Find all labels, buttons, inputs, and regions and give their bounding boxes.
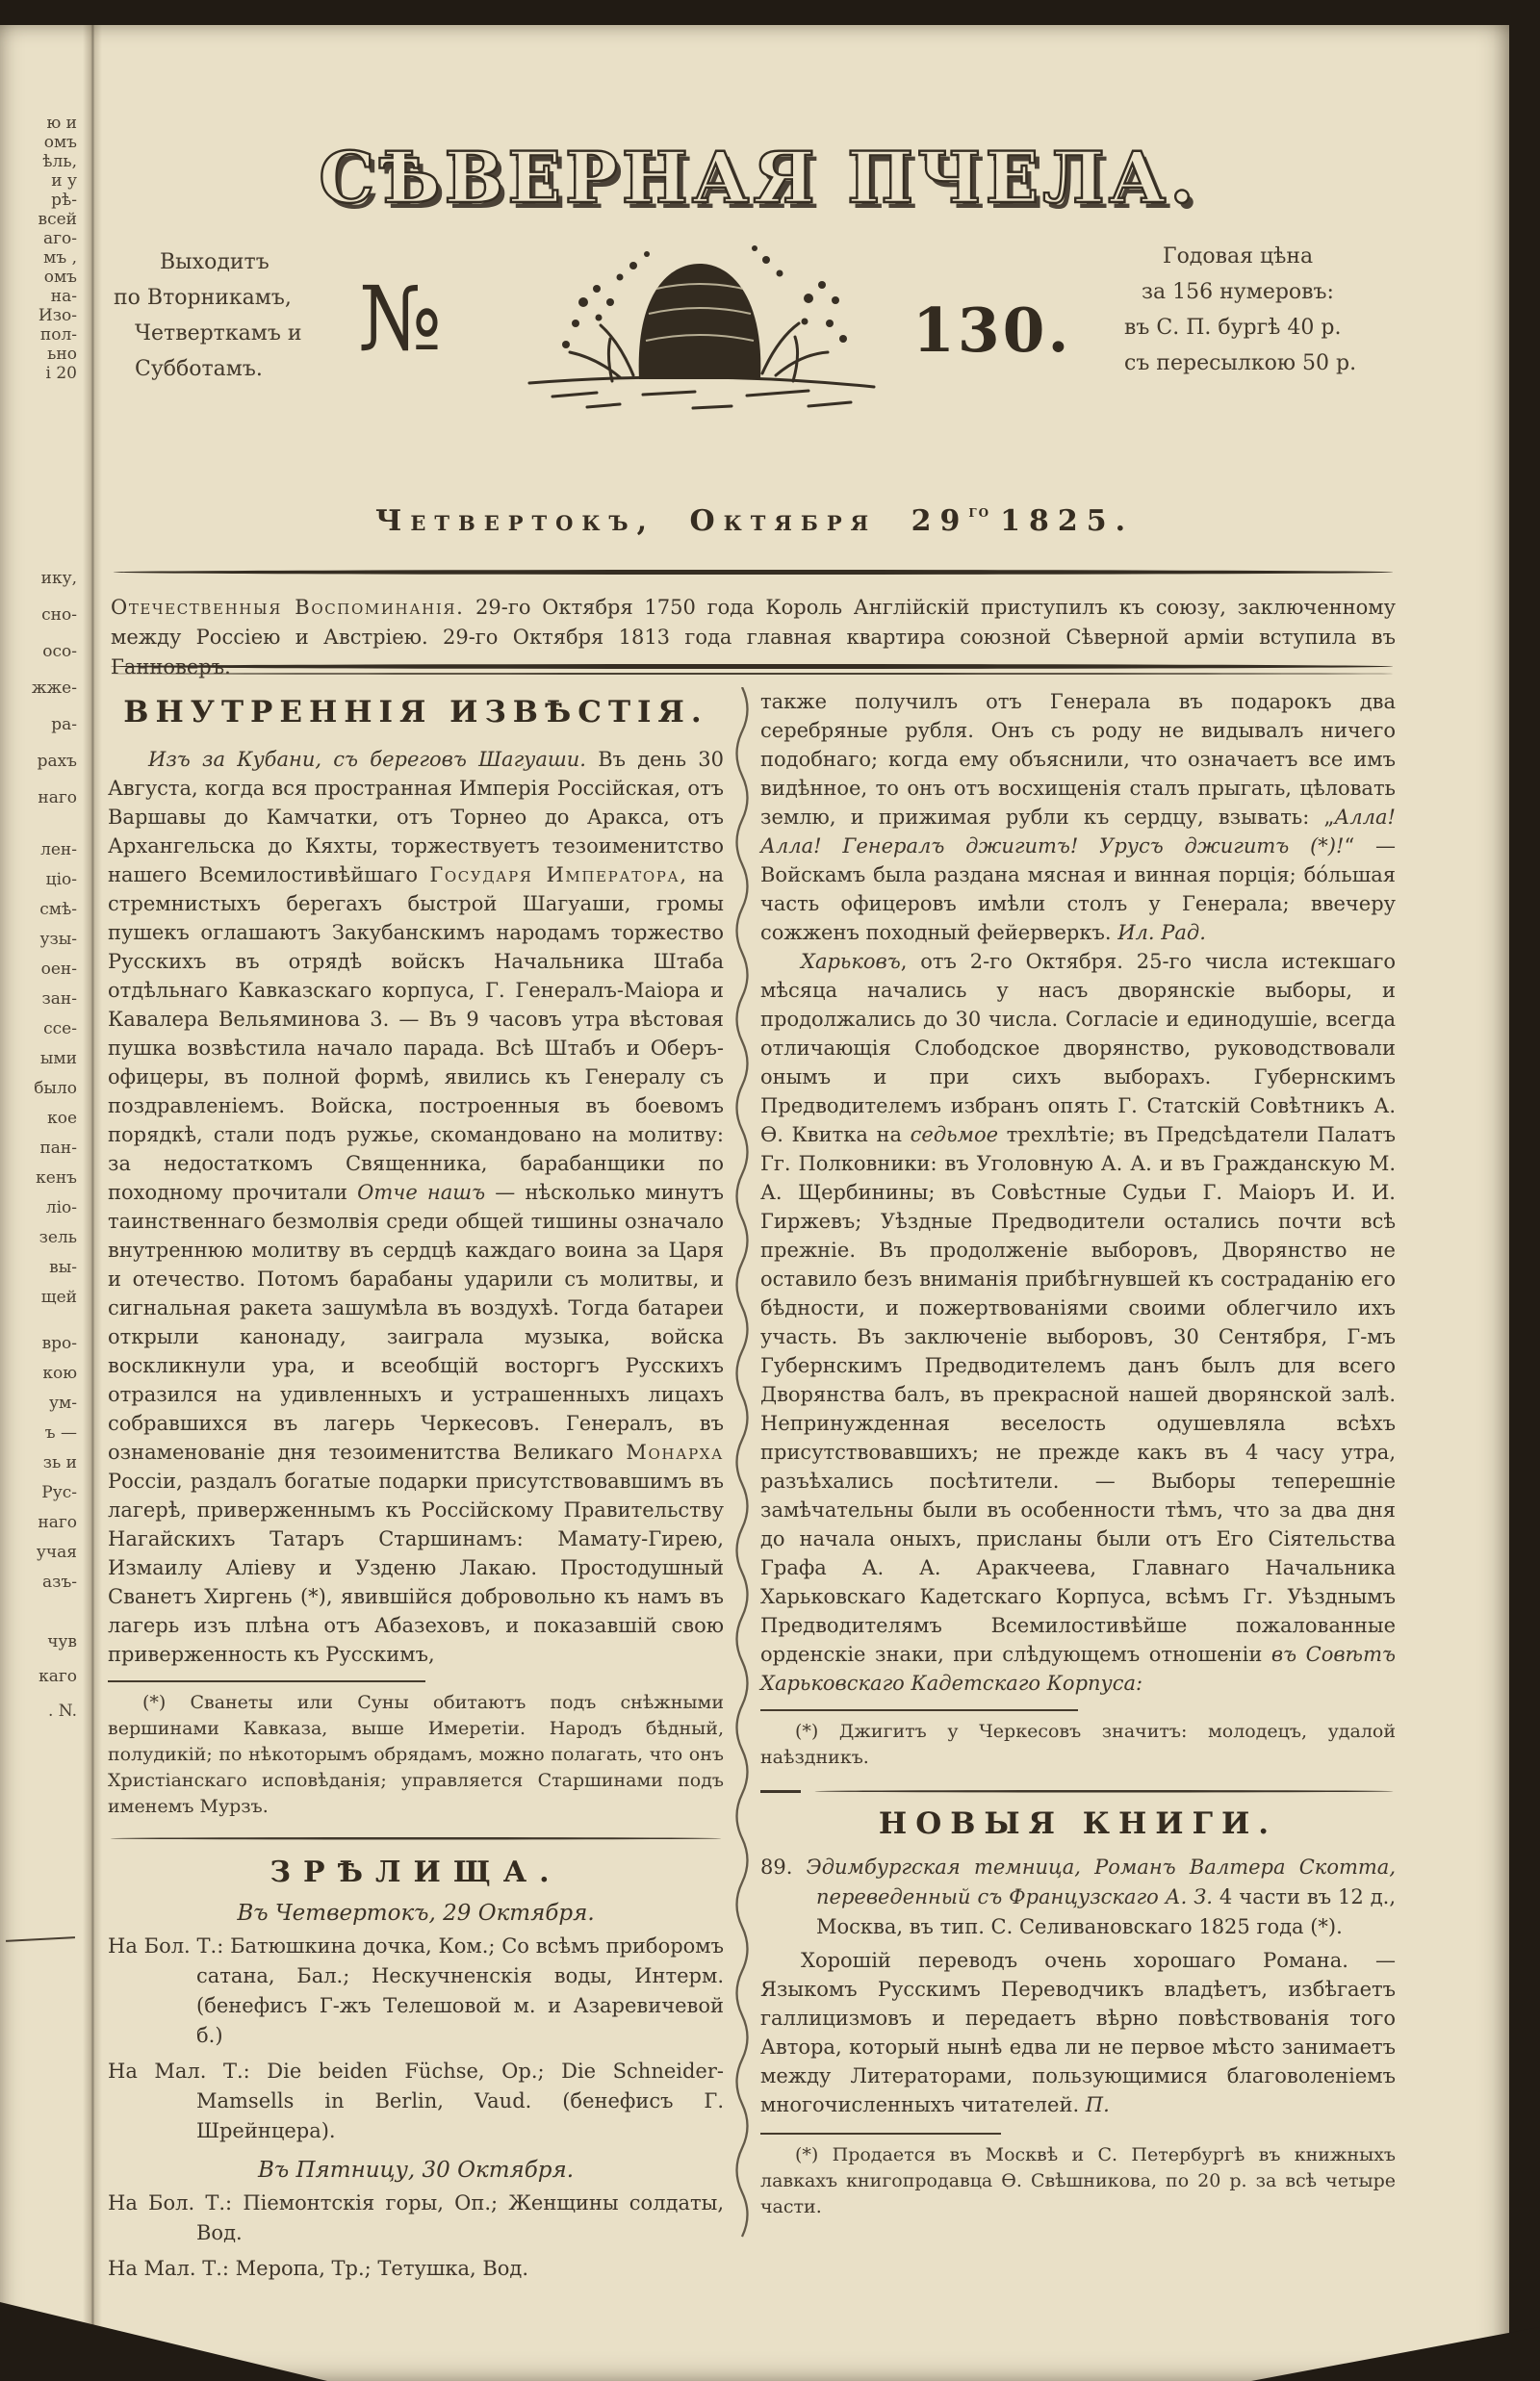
listing-bolshoi-friday: На Бол. Т.: Піемонтскія горы, Оп.; Женщи… bbox=[108, 2189, 724, 2248]
edge-fragment-group: чувкаго. N. bbox=[0, 1625, 77, 1728]
column-left: ВНУТРЕННІЯ ИЗВѢСТІЯ. Изъ за Кубани, съ б… bbox=[108, 687, 724, 2304]
article-kharkov: Харьковъ, отъ 2-го Октября. 25-го числа … bbox=[760, 947, 1396, 1698]
text-line: ьно bbox=[0, 345, 77, 364]
edge-fragment-group: лен-ціо-смѣ-узы-оен-зан-ссе-ымибылокоепа… bbox=[0, 835, 77, 1598]
text-line: вро- bbox=[0, 1329, 77, 1359]
text-line: на- bbox=[0, 287, 77, 306]
text-line: смѣ- bbox=[0, 895, 77, 925]
text-line: Изо- bbox=[0, 306, 77, 325]
book-entry-89: 89. Эдимбургская темница, Романъ Валтера… bbox=[760, 1853, 1396, 1942]
text-line: зь и bbox=[0, 1448, 77, 1478]
dateline-year: 1825. bbox=[1000, 504, 1134, 538]
text-line: въ С. П. бургѣ 40 р. bbox=[1124, 310, 1413, 346]
beehive-dome bbox=[639, 264, 761, 379]
numero-sign: № bbox=[358, 268, 442, 371]
text-line: омъ bbox=[0, 268, 77, 287]
text-line: чув bbox=[0, 1625, 77, 1659]
text-line: лен- bbox=[0, 835, 77, 865]
footnote-dzhigit: (*) Джигитъ у Черкесовъ значитъ: молодец… bbox=[760, 1719, 1396, 1771]
text-line bbox=[0, 1313, 77, 1329]
text-line: ыми bbox=[0, 1044, 77, 1074]
text-run: Изъ за Кубани, съ береговъ Шагуаши. bbox=[148, 748, 586, 771]
columns: ВНУТРЕННІЯ ИЗВѢСТІЯ. Изъ за Кубани, съ б… bbox=[108, 687, 1396, 2304]
book-review: Хорошій переводъ очень хорошаго Романа. … bbox=[760, 1946, 1396, 2119]
text-line: ра- bbox=[0, 706, 77, 743]
listing-bolshoi-thursday: На Бол. Т.: Батюшкина дочка, Ком.; Со вс… bbox=[108, 1932, 724, 2051]
wavy-divider-line bbox=[735, 687, 749, 2304]
text-run: также получилъ отъ Генерала въ подарокъ … bbox=[760, 690, 1396, 829]
text-line: кою bbox=[0, 1359, 77, 1389]
article-continuation: также получилъ отъ Генерала въ подарокъ … bbox=[760, 687, 1396, 947]
text-line: пан- bbox=[0, 1134, 77, 1164]
column-divider bbox=[724, 687, 760, 2304]
newspaper-scan: { "edge_fragments": { "g1": ["ю и","омъ"… bbox=[0, 0, 1540, 2381]
text-run: Отче нашъ bbox=[357, 1181, 485, 1204]
footnote-rule bbox=[760, 1709, 1078, 1711]
text-line: наго bbox=[0, 780, 77, 816]
text-line: щей bbox=[0, 1283, 77, 1313]
text-line: жже- bbox=[0, 670, 77, 706]
text-line: осо- bbox=[0, 633, 77, 670]
text-run: Ил. Рад. bbox=[1117, 921, 1206, 944]
text-line: наго bbox=[0, 1508, 77, 1538]
text-line: ъ — bbox=[0, 1419, 77, 1448]
section-heading-spectacles: ЗРѢЛИЩА. bbox=[108, 1856, 724, 1889]
text-run: Государя Императора bbox=[429, 863, 680, 886]
text-line: съ пересылкою 50 р. bbox=[1124, 346, 1413, 381]
text-line: за 156 нумеровъ: bbox=[1124, 274, 1413, 310]
section-heading-new-books: НОВЫЯ КНИГИ. bbox=[760, 1806, 1396, 1841]
text-run: , на стремнистыхъ берегахъ быстрой Шагуа… bbox=[108, 863, 724, 1204]
rule-below-memorial bbox=[108, 664, 1396, 675]
text-line: вы- bbox=[0, 1253, 77, 1283]
page-fold-crease bbox=[83, 25, 102, 2381]
text-line: узы- bbox=[0, 925, 77, 955]
listing-maly-thursday: На Мал. Т.: Die beiden Füchse, Op.; Die … bbox=[108, 2057, 724, 2146]
footnote-svanety: (*) Сванеты или Суны обитаютъ подъ снѣжн… bbox=[108, 1690, 724, 1820]
text-run: Хорошій переводъ очень хорошаго Романа. … bbox=[760, 1949, 1396, 2116]
text-line: каго bbox=[0, 1659, 77, 1694]
text-line: пол- bbox=[0, 325, 77, 345]
section-divider-rule bbox=[108, 1837, 724, 1840]
text-line: ссе- bbox=[0, 1014, 77, 1044]
text-line: кенъ bbox=[0, 1164, 77, 1193]
text-line: ум- bbox=[0, 1389, 77, 1419]
dateline: Четвертокъ, Октября 29го1825. bbox=[0, 502, 1509, 538]
text-line: Рус- bbox=[0, 1478, 77, 1508]
text-line: ику, bbox=[0, 560, 77, 597]
edge-fragment-group: ику,сно-осо-жже-ра-рахънаго bbox=[0, 560, 77, 816]
page-edge-fragments: ю иомъѣль,и урѣ-всейаго-мъ ,омъна-Изо-по… bbox=[0, 25, 81, 2381]
beehive-icon bbox=[520, 210, 884, 420]
subscription-price-note: Годовая цѣназа 156 нумеровъ:въ С. П. бур… bbox=[1124, 239, 1413, 381]
text-line: ліо- bbox=[0, 1193, 77, 1223]
text-line: учая bbox=[0, 1538, 77, 1568]
dateline-main: Четвертокъ, Октября 29 bbox=[375, 504, 968, 538]
text-run: седьмое bbox=[911, 1123, 998, 1146]
text-line: было bbox=[0, 1074, 77, 1104]
edge-rule bbox=[6, 1936, 75, 1942]
footnote-rule bbox=[108, 1680, 425, 1682]
text-run: П. bbox=[1086, 2093, 1110, 2116]
text-line: азъ- bbox=[0, 1568, 77, 1598]
rule-above-memorial bbox=[111, 570, 1396, 575]
text-run: — нѣсколько минутъ таинственнаго безмолв… bbox=[108, 1181, 724, 1464]
text-line: оен- bbox=[0, 955, 77, 985]
text-run: Монарха bbox=[626, 1441, 724, 1464]
footnote-rule bbox=[760, 2133, 1001, 2135]
text-line: і 20 bbox=[0, 364, 77, 383]
text-line: зель bbox=[0, 1223, 77, 1253]
text-run: , отъ 2-го Октября. 25-го числа истекшаг… bbox=[760, 950, 1396, 1146]
day-header-thursday: Въ Четвертокъ, 29 Октября. bbox=[108, 1901, 724, 1926]
article-body: Изъ за Кубани, съ береговъ Шагуаши. Въ д… bbox=[108, 745, 724, 1669]
text-line: . N. bbox=[0, 1694, 77, 1728]
text-line: ціо- bbox=[0, 865, 77, 895]
text-line: рахъ bbox=[0, 743, 77, 780]
masthead-title-text: СѢВЕРНАЯ ПЧЕЛА. bbox=[319, 137, 1197, 219]
newspaper-page: ю иомъѣль,и урѣ-всейаго-мъ ,омъна-Изо-по… bbox=[0, 25, 1509, 2381]
column-right: также получилъ отъ Генерала въ подарокъ … bbox=[760, 687, 1396, 2304]
text-line: сно- bbox=[0, 597, 77, 633]
footnote-bookseller: (*) Продается въ Москвѣ и С. Петербургѣ … bbox=[760, 2142, 1396, 2220]
text-run: 89. bbox=[760, 1856, 807, 1879]
text-run: Харьковъ bbox=[801, 950, 901, 973]
text-line: Годовая цѣна bbox=[1124, 239, 1413, 274]
listing-maly-friday: На Мал. Т.: Меропа, Тр.; Тетушка, Вод. bbox=[108, 2254, 724, 2284]
text-line: кое bbox=[0, 1104, 77, 1134]
text-run: Россіи, раздалъ богатые подарки присутст… bbox=[108, 1470, 724, 1666]
issue-number: 130. bbox=[912, 294, 1071, 366]
day-header-friday: Въ Пятницу, 30 Октября. bbox=[108, 2158, 724, 2183]
text-run: Отечественныя Воспоминанія. bbox=[111, 596, 464, 619]
text-line: мъ , bbox=[0, 248, 77, 268]
text-run: трехлѣтіе; въ Предсѣдатели Палатъ Гг. По… bbox=[760, 1123, 1396, 1666]
text-line: зан- bbox=[0, 985, 77, 1014]
section-divider-rule bbox=[760, 1790, 1396, 1793]
dateline-ordinal: го bbox=[968, 502, 990, 522]
section-heading-domestic-news: ВНУТРЕННІЯ ИЗВѢСТІЯ. bbox=[108, 695, 724, 730]
